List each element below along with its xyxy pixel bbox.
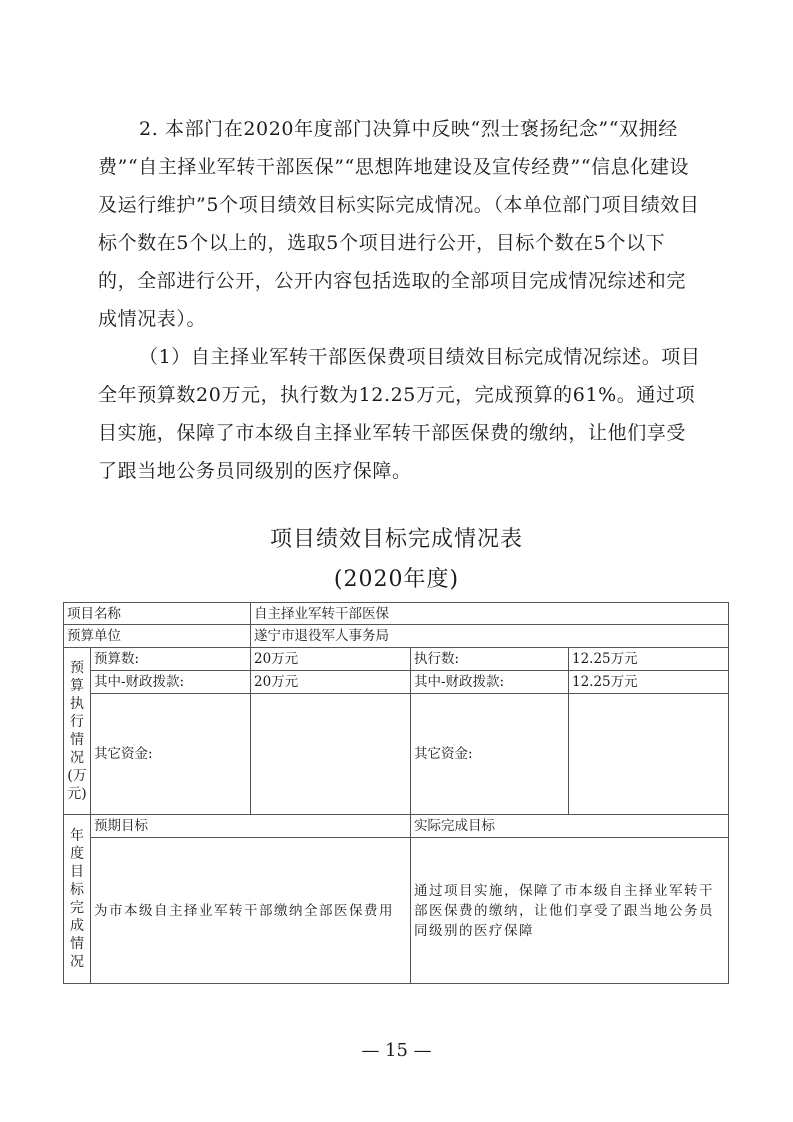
page-number: — 15 — bbox=[0, 1040, 793, 1061]
table-title: 项目绩效目标完成情况表 bbox=[0, 522, 793, 553]
goal-section-label: 年度目标完成情况 bbox=[64, 815, 91, 984]
actual-goal-label: 实际完成目标 bbox=[411, 815, 729, 838]
budget-section-label: 预算执行情况(万元) bbox=[64, 648, 91, 815]
budget-unit-label: 预算单位 bbox=[64, 625, 251, 648]
other-funds-value-left bbox=[251, 694, 411, 815]
other-funds-value-right bbox=[569, 694, 729, 815]
budget-amount-label: 预算数: bbox=[91, 648, 251, 671]
other-funds-label-right: 其它资金: bbox=[411, 694, 569, 815]
table-row: 预算执行情况(万元) 预算数: 20万元 执行数: 12.25万元 bbox=[64, 648, 729, 671]
fiscal-value-left: 20万元 bbox=[251, 671, 411, 694]
budget-unit-value: 遂宁市退役军人事务局 bbox=[251, 625, 729, 648]
body-text: 2. 本部门在2020年度部门决算中反映“烈士褒扬纪念”“双拥经费”“自主择业军… bbox=[98, 110, 703, 490]
expected-goal-label: 预期目标 bbox=[91, 815, 411, 838]
paragraph-2: （1）自主择业军转干部医保费项目绩效目标完成情况综述。项目全年预算数20万元，执… bbox=[98, 338, 703, 490]
table-row: 年度目标完成情况 预期目标 实际完成目标 bbox=[64, 815, 729, 838]
project-name-value: 自主择业军转干部医保 bbox=[251, 603, 729, 625]
table-row: 为市本级自主择业军转干部缴纳全部医保费用 通过项目实施，保障了市本级自主择业军转… bbox=[64, 838, 729, 984]
project-name-label: 项目名称 bbox=[64, 603, 251, 625]
table-subtitle: (2020年度) bbox=[0, 562, 793, 593]
fiscal-value-right: 12.25万元 bbox=[569, 671, 729, 694]
paragraph-1: 2. 本部门在2020年度部门决算中反映“烈士褒扬纪念”“双拥经费”“自主择业军… bbox=[98, 110, 703, 338]
performance-table: 项目名称 自主择业军转干部医保 预算单位 遂宁市退役军人事务局 预算执行情况(万… bbox=[63, 602, 729, 984]
table-row: 其中-财政拨款: 20万元 其中-财政拨款: 12.25万元 bbox=[64, 671, 729, 694]
other-funds-label-left: 其它资金: bbox=[91, 694, 251, 815]
table-row: 预算单位 遂宁市退役军人事务局 bbox=[64, 625, 729, 648]
fiscal-label-right: 其中-财政拨款: bbox=[411, 671, 569, 694]
execution-value: 12.25万元 bbox=[569, 648, 729, 671]
execution-label: 执行数: bbox=[411, 648, 569, 671]
table-row: 其它资金: 其它资金: bbox=[64, 694, 729, 815]
fiscal-label-left: 其中-财政拨款: bbox=[91, 671, 251, 694]
budget-amount-value: 20万元 bbox=[251, 648, 411, 671]
actual-goal-value: 通过项目实施，保障了市本级自主择业军转干部医保费的缴纳，让他们享受了跟当地公务员… bbox=[411, 838, 729, 984]
expected-goal-value: 为市本级自主择业军转干部缴纳全部医保费用 bbox=[91, 838, 411, 984]
table-row: 项目名称 自主择业军转干部医保 bbox=[64, 603, 729, 625]
